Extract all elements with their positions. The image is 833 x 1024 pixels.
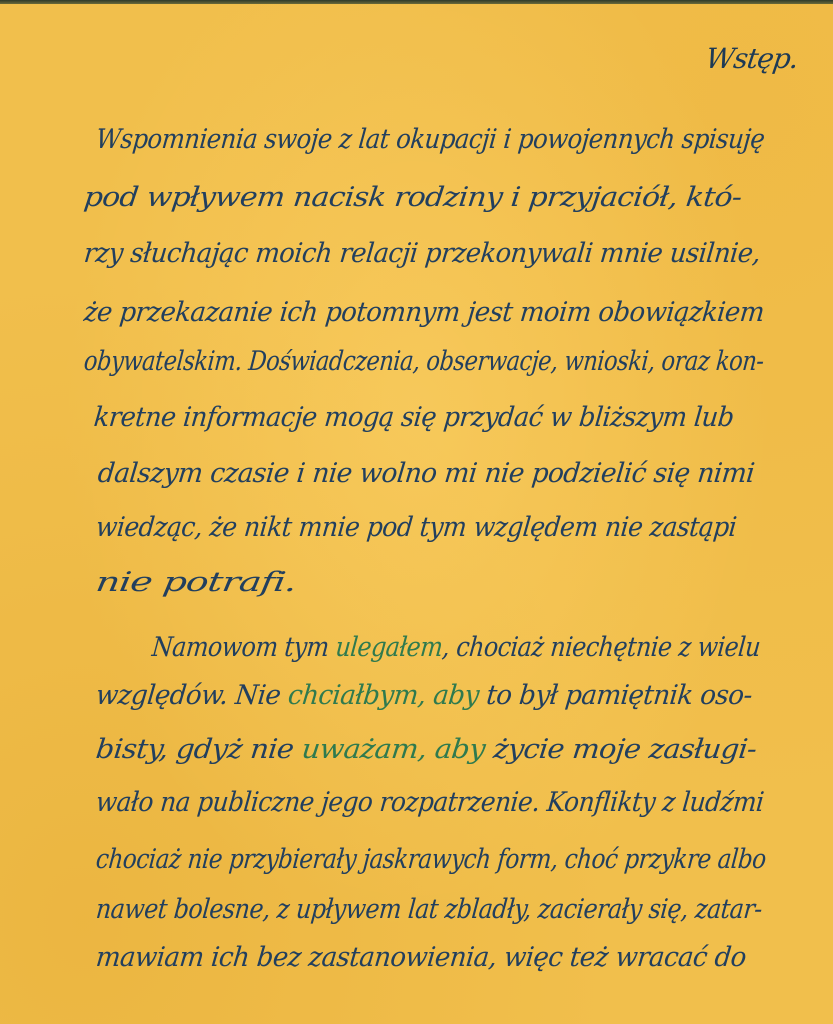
manuscript-page: Wstęp. Wspomnienia swoje z lat okupacji … xyxy=(0,4,833,1024)
manuscript-line: bisty, gdyż nie uważam, aby życie moje z… xyxy=(94,734,758,765)
manuscript-line: nawet bolesne, z upływem lat zbladły, za… xyxy=(95,894,764,925)
manuscript-line: wiedząc, że nikt mnie pod tym względem n… xyxy=(94,512,737,543)
manuscript-line: Wspomnienia swoje z lat okupacji i powoj… xyxy=(95,124,766,155)
manuscript-line: dalszym czasie i nie wolno mi nie podzie… xyxy=(96,458,755,489)
manuscript-heading: Wstęp. xyxy=(704,42,800,75)
manuscript-line: obywatelskim. Doświadczenia, obserwacje,… xyxy=(83,346,765,377)
correction-ink: ulegałem xyxy=(334,632,444,663)
manuscript-line: wało na publiczne jego rozpatrzenie. Kon… xyxy=(94,787,764,818)
manuscript-line: Namowom tym ulegałem, chociaż niechętnie… xyxy=(151,632,762,663)
manuscript-line: kretne informacje mogą się przydać w bli… xyxy=(92,402,735,433)
correction-ink: uważam, aby xyxy=(300,734,487,765)
manuscript-line: rzy słuchając moich relacji przekonywali… xyxy=(82,238,761,269)
manuscript-line: mawiam ich bez zastanowienia, więc też w… xyxy=(94,942,747,973)
manuscript-line: pod wpływem nacisk rodziny i przyjaciół,… xyxy=(82,182,743,213)
manuscript-line: nie potrafi. xyxy=(94,567,299,598)
manuscript-line: względów. Nie chciałbym, aby to był pami… xyxy=(94,680,753,711)
correction-ink: chciałbym, aby xyxy=(287,680,481,711)
manuscript-line: że przekazanie ich potomnym jest moim ob… xyxy=(82,297,765,328)
manuscript-line: chociaż nie przybierały jaskrawych form,… xyxy=(95,844,768,875)
